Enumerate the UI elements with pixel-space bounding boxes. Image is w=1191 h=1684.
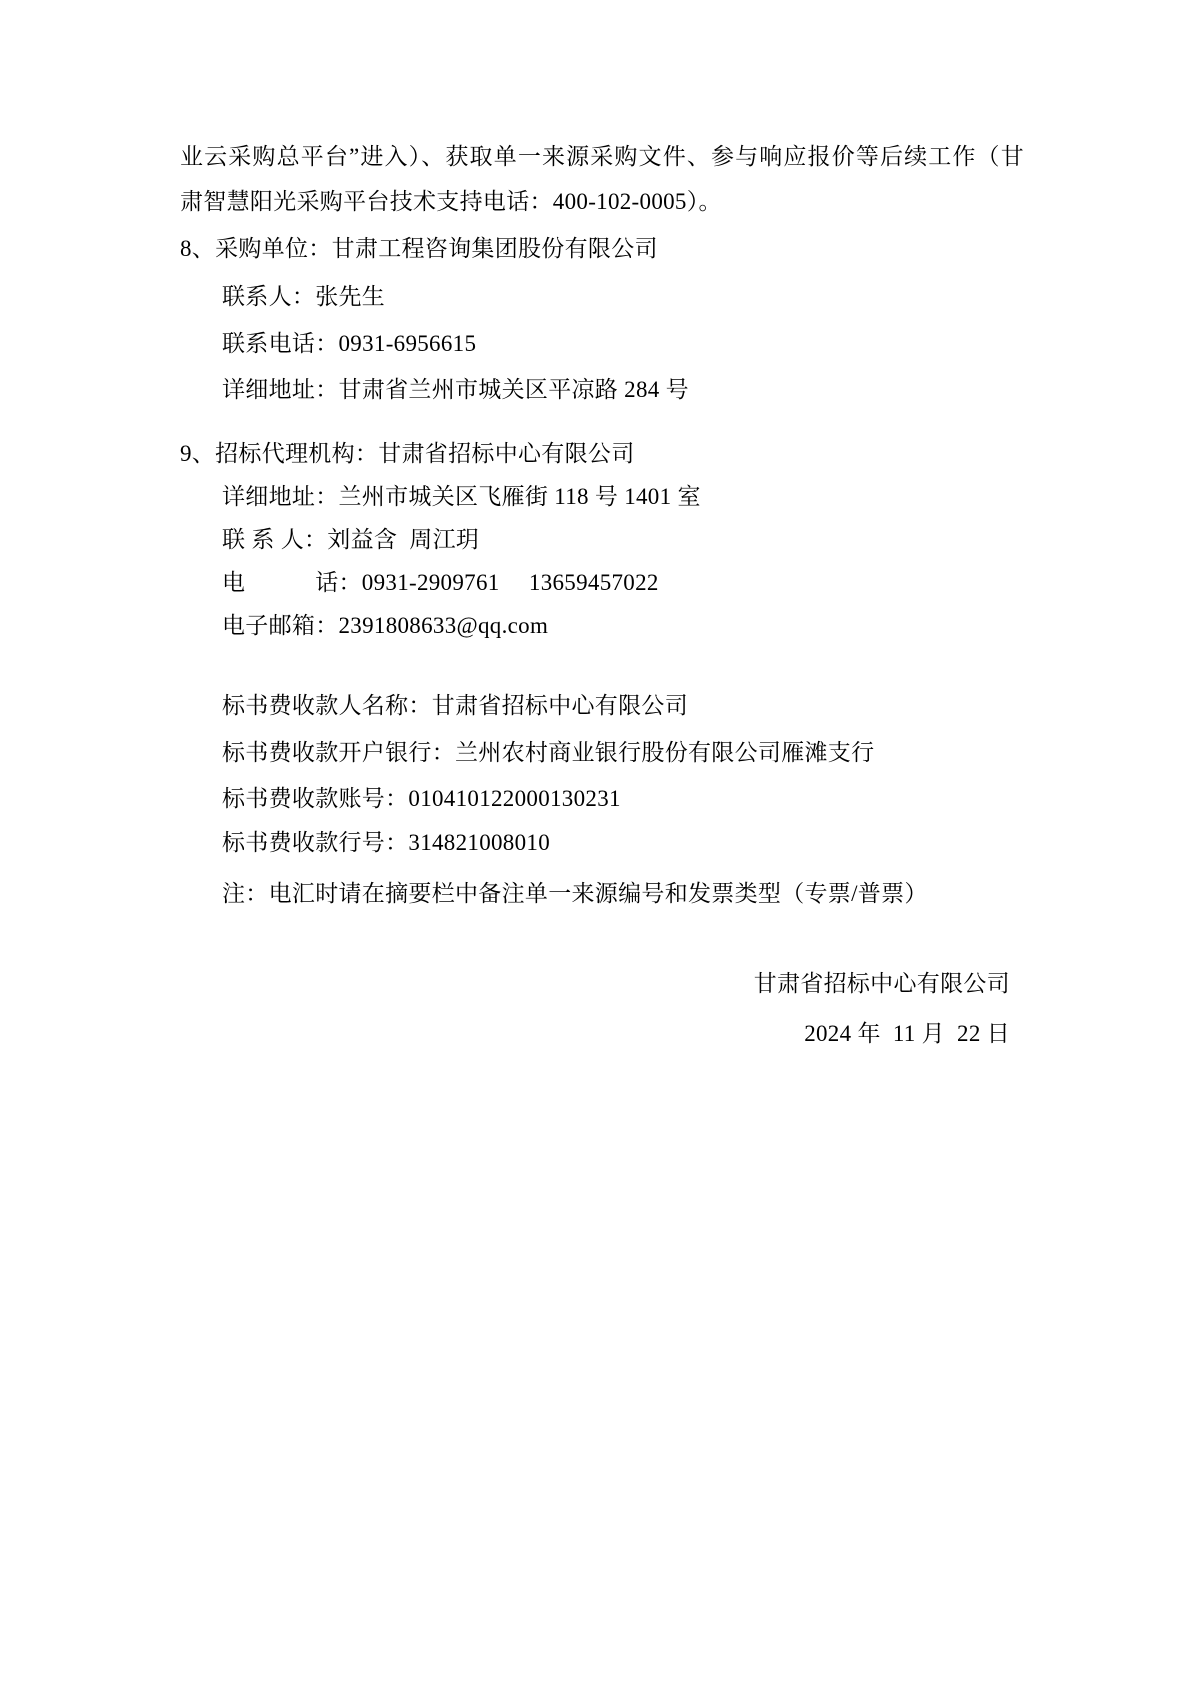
payment-payee-name: 标书费收款人名称：甘肃省招标中心有限公司 <box>222 691 688 721</box>
section8-purchaser-title: 8、采购单位：甘肃工程咨询集团股份有限公司 <box>180 234 658 264</box>
section9-agency-title: 9、招标代理机构：甘肃省招标中心有限公司 <box>180 439 635 469</box>
payment-bank: 标书费收款开户银行：兰州农村商业银行股份有限公司雁滩支行 <box>222 738 874 768</box>
section8-contact-phone: 联系电话：0931-6956615 <box>222 329 476 359</box>
paragraph-continuation-line-1: 业云采购总平台”进入）、获取单一来源采购文件、参与响应报价等后续工作（甘 <box>180 142 1024 172</box>
signature-company: 甘肃省招标中心有限公司 <box>754 969 1010 999</box>
section9-address: 详细地址：兰州市城关区飞雁街 118 号 1401 室 <box>222 482 701 512</box>
payment-bank-code: 标书费收款行号：314821008010 <box>222 828 550 858</box>
section9-phone: 电 话：0931-2909761 13659457022 <box>222 568 659 598</box>
payment-remark-note: 注：电汇时请在摘要栏中备注单一来源编号和发票类型（专票/普票） <box>222 879 928 909</box>
section8-contact-person: 联系人：张先生 <box>222 282 385 312</box>
section8-address: 详细地址：甘肃省兰州市城关区平凉路 284 号 <box>222 375 689 405</box>
section9-contact-person: 联 系 人：刘益含 周江玥 <box>222 525 479 555</box>
payment-account-number: 标书费收款账号：010410122000130231 <box>222 784 621 814</box>
paragraph-continuation-line-2: 肃智慧阳光采购平台技术支持电话：400-102-0005）。 <box>180 187 722 217</box>
section9-email: 电子邮箱：2391808633@qq.com <box>222 611 548 641</box>
signature-date: 2024 年 11 月 22 日 <box>804 1019 1010 1049</box>
document-page: 业云采购总平台”进入）、获取单一来源采购文件、参与响应报价等后续工作（甘 肃智慧… <box>0 0 1191 1684</box>
